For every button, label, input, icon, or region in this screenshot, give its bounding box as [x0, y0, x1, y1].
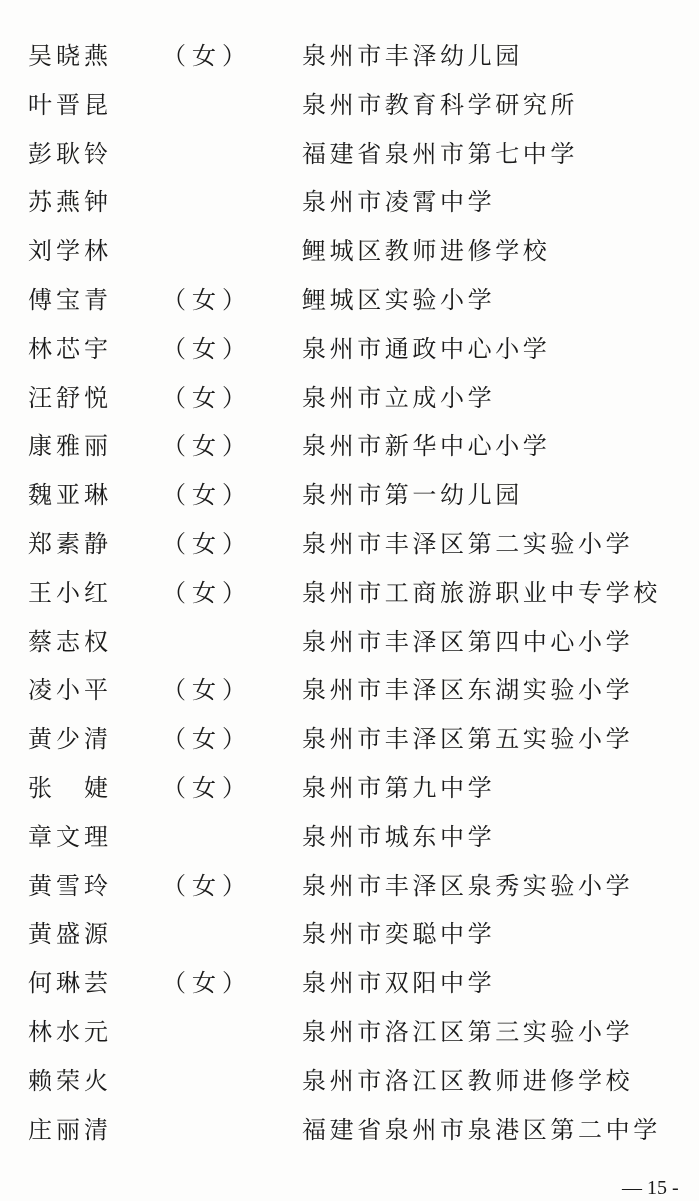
- gender-note: （女）: [162, 378, 252, 418]
- affiliation: 泉州市奕聪中学: [302, 914, 495, 954]
- gender-note: （女）: [162, 670, 252, 710]
- person-name: 魏亚琳: [28, 475, 112, 515]
- person-name: 康雅丽: [28, 426, 112, 466]
- affiliation: 泉州市立成小学: [302, 378, 495, 418]
- list-item: 张 婕 （女） 泉州市第九中学: [0, 768, 699, 817]
- person-name: 赖荣火: [28, 1061, 112, 1101]
- gender-note: （女）: [162, 573, 252, 613]
- affiliation: 泉州市双阳中学: [302, 963, 495, 1003]
- affiliation: 泉州市丰泽区第四中心小学: [302, 622, 633, 662]
- gender-note: （女）: [162, 36, 252, 76]
- affiliation: 泉州市丰泽区东湖实验小学: [302, 670, 633, 710]
- affiliation: 泉州市丰泽区第五实验小学: [302, 719, 633, 759]
- gender-note: （女）: [162, 963, 252, 1003]
- person-name: 庄丽清: [28, 1110, 112, 1150]
- list-item: 傅宝青 （女） 鲤城区实验小学: [0, 280, 699, 329]
- gender-note: （女）: [162, 768, 252, 808]
- person-name: 彭耿铃: [28, 134, 112, 174]
- affiliation: 泉州市新华中心小学: [302, 426, 550, 466]
- person-name: 王小红: [28, 573, 112, 613]
- affiliation: 泉州市洛江区第三实验小学: [302, 1012, 633, 1052]
- affiliation: 泉州市洛江区教师进修学校: [302, 1061, 633, 1101]
- gender-note: （女）: [162, 426, 252, 466]
- person-name: 林水元: [28, 1012, 112, 1052]
- list-item: 汪舒悦 （女） 泉州市立成小学: [0, 378, 699, 427]
- person-name: 叶晋昆: [28, 85, 112, 125]
- page-number: — 15 -: [622, 1176, 679, 1200]
- affiliation: 鲤城区教师进修学校: [302, 231, 550, 271]
- gender-note: （女）: [162, 475, 252, 515]
- person-name: 黄盛源: [28, 914, 112, 954]
- list-item: 苏燕钟 泉州市凌霄中学: [0, 182, 699, 231]
- person-name: 苏燕钟: [28, 182, 112, 222]
- list-item: 章文理 泉州市城东中学: [0, 817, 699, 866]
- gender-note: （女）: [162, 866, 252, 906]
- list-item: 吴晓燕 （女） 泉州市丰泽幼儿园: [0, 36, 699, 85]
- list-item: 黄盛源 泉州市奕聪中学: [0, 914, 699, 963]
- list-item: 彭耿铃 福建省泉州市第七中学: [0, 134, 699, 183]
- person-name: 蔡志权: [28, 622, 112, 662]
- gender-note: （女）: [162, 329, 252, 369]
- list-item: 林芯宇 （女） 泉州市通政中心小学: [0, 329, 699, 378]
- person-name: 汪舒悦: [28, 378, 112, 418]
- person-name: 何琳芸: [28, 963, 112, 1003]
- affiliation: 泉州市工商旅游职业中专学校: [302, 573, 661, 613]
- person-name: 凌小平: [28, 670, 112, 710]
- list-item: 黄雪玲 （女） 泉州市丰泽区泉秀实验小学: [0, 866, 699, 915]
- affiliation: 泉州市凌霄中学: [302, 182, 495, 222]
- list-item: 何琳芸 （女） 泉州市双阳中学: [0, 963, 699, 1012]
- affiliation: 福建省泉州市第七中学: [302, 134, 578, 174]
- affiliation: 泉州市教育科学研究所: [302, 85, 578, 125]
- document-page: 吴晓燕 （女） 泉州市丰泽幼儿园 叶晋昆 泉州市教育科学研究所 彭耿铃 福建省泉…: [0, 0, 699, 1201]
- affiliation: 泉州市通政中心小学: [302, 329, 550, 369]
- list-item: 凌小平 （女） 泉州市丰泽区东湖实验小学: [0, 670, 699, 719]
- affiliation: 泉州市城东中学: [302, 817, 495, 857]
- affiliation: 泉州市丰泽幼儿园: [302, 36, 523, 76]
- person-name: 吴晓燕: [28, 36, 112, 76]
- affiliation: 泉州市丰泽区泉秀实验小学: [302, 866, 633, 906]
- affiliation: 泉州市第九中学: [302, 768, 495, 808]
- gender-note: （女）: [162, 719, 252, 759]
- person-name: 傅宝青: [28, 280, 112, 320]
- gender-note: （女）: [162, 280, 252, 320]
- list-item: 王小红 （女） 泉州市工商旅游职业中专学校: [0, 573, 699, 622]
- affiliation: 福建省泉州市泉港区第二中学: [302, 1110, 661, 1150]
- gender-note: （女）: [162, 524, 252, 564]
- list-item: 叶晋昆 泉州市教育科学研究所: [0, 85, 699, 134]
- person-name: 黄少清: [28, 719, 112, 759]
- list-item: 郑素静 （女） 泉州市丰泽区第二实验小学: [0, 524, 699, 573]
- list-item: 康雅丽 （女） 泉州市新华中心小学: [0, 426, 699, 475]
- person-name: 林芯宇: [28, 329, 112, 369]
- affiliation: 鲤城区实验小学: [302, 280, 495, 320]
- person-name: 张 婕: [28, 768, 112, 808]
- list-item: 赖荣火 泉州市洛江区教师进修学校: [0, 1061, 699, 1110]
- list-item: 刘学林 鲤城区教师进修学校: [0, 231, 699, 280]
- affiliation: 泉州市第一幼儿园: [302, 475, 523, 515]
- affiliation: 泉州市丰泽区第二实验小学: [302, 524, 633, 564]
- person-name: 郑素静: [28, 524, 112, 564]
- person-name: 刘学林: [28, 231, 112, 271]
- person-name: 黄雪玲: [28, 866, 112, 906]
- name-list: 吴晓燕 （女） 泉州市丰泽幼儿园 叶晋昆 泉州市教育科学研究所 彭耿铃 福建省泉…: [0, 36, 699, 1158]
- list-item: 黄少清 （女） 泉州市丰泽区第五实验小学: [0, 719, 699, 768]
- list-item: 蔡志权 泉州市丰泽区第四中心小学: [0, 622, 699, 671]
- list-item: 魏亚琳 （女） 泉州市第一幼儿园: [0, 475, 699, 524]
- list-item: 林水元 泉州市洛江区第三实验小学: [0, 1012, 699, 1061]
- person-name: 章文理: [28, 817, 112, 857]
- list-item: 庄丽清 福建省泉州市泉港区第二中学: [0, 1110, 699, 1159]
